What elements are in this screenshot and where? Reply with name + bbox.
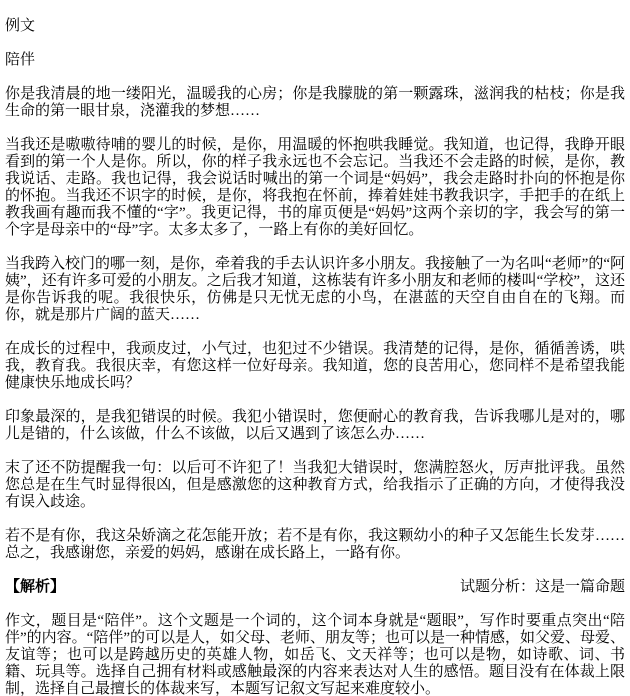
essay-paragraph-4: 在成长的过程中，我顽皮过，小气过，也犯过不少错误。我清楚的记得，是你，循循善诱，… (5, 341, 625, 392)
essay-paragraph-6: 末了还不防提醒我一句：以后可不许犯了！当我犯大错误时，您满腔怒火，厉声批评我。虽… (5, 460, 625, 511)
essay-paragraph-2: 当我还是嗷嗷待哺的婴儿的时候，是你，用温暖的怀抱哄我睡觉。我知道，也记得，我睁开… (5, 137, 625, 239)
essay-paragraph-5: 印象最深的，是我犯错误的时候。我犯小错误时，您便耐心的教育我，告诉我哪儿是对的，… (5, 409, 625, 443)
document-page: 例文 陪伴 你是我清晨的地一缕阳光，温暖我的心房；你是我朦胧的第一颗露珠，滋润我… (0, 0, 630, 696)
analysis-body: 作文，题目是“陪伴”。这个文题是一个词的，这个词本身就是“题眼”，写作时要重点突… (5, 613, 625, 696)
analysis-header: 【解析】 试题分析：这是一篇命题 (5, 579, 625, 596)
analysis-label: 【解析】 (5, 579, 65, 596)
essay-paragraph-3: 当我跨入校门的哪一刻，是你，牵着我的手去认识许多小朋友。我接触了一为名叫“老师”… (5, 256, 625, 324)
essay-paragraph-1: 你是我清晨的地一缕阳光，温暖我的心房；你是我朦胧的第一颗露珠，滋润我的枯枝；你是… (5, 86, 625, 120)
analysis-lead: 试题分析：这是一篇命题 (460, 579, 625, 596)
essay-title: 陪伴 (5, 52, 625, 69)
essay-paragraph-7: 若不是有你，我这朵娇滴之花怎能开放；若不是有你，我这颗幼小的种子又怎能生长发芽…… (5, 528, 625, 562)
example-label: 例文 (5, 18, 625, 35)
